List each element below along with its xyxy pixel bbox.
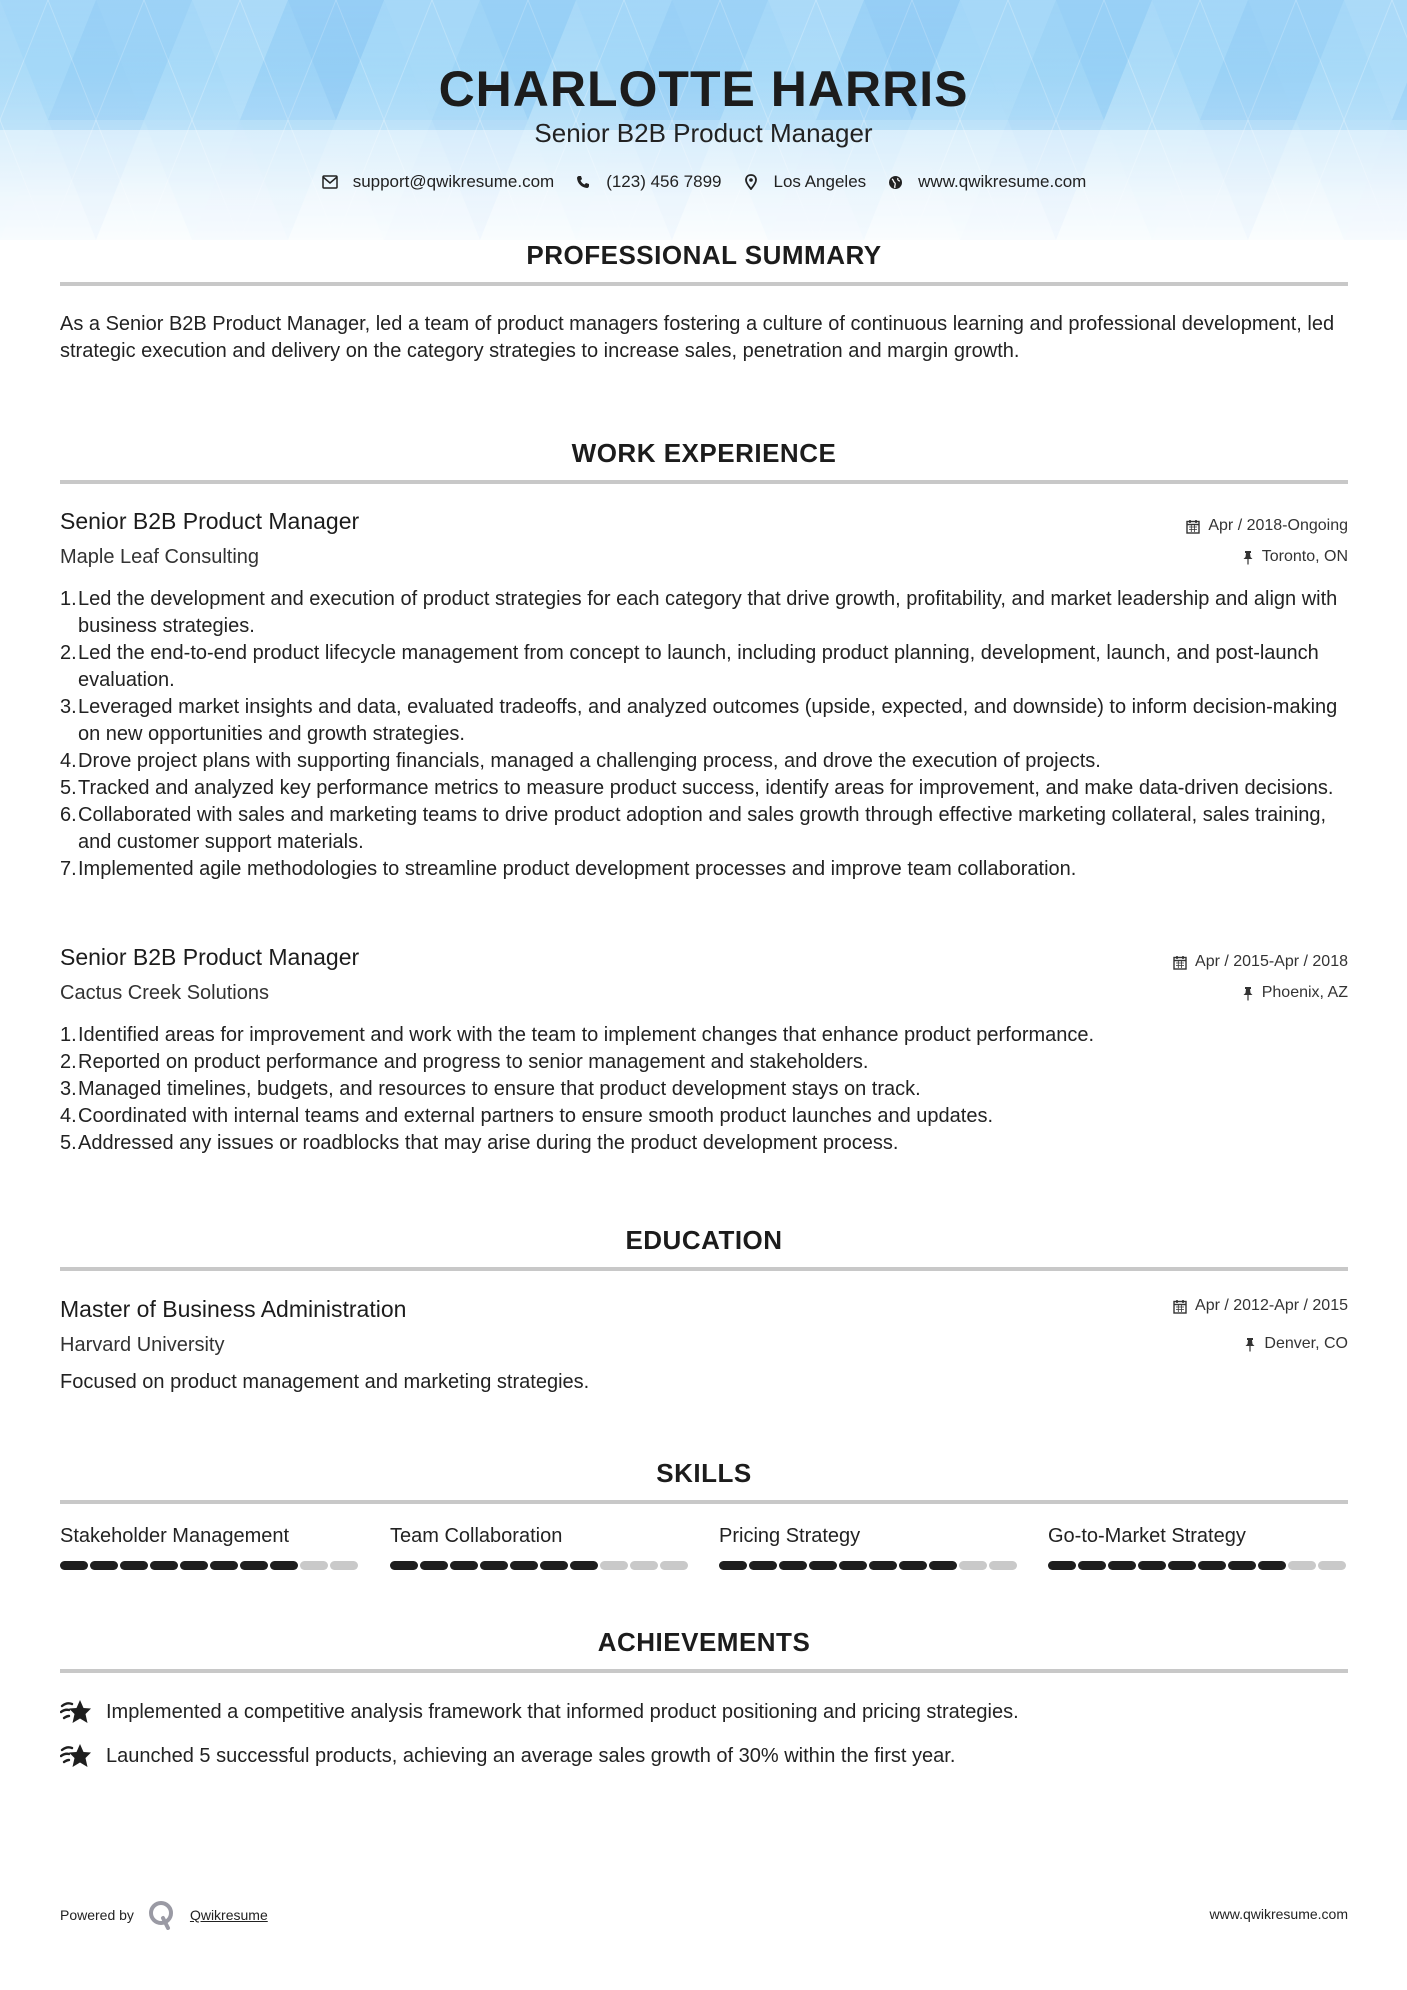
skill-level-bar xyxy=(60,1561,360,1570)
pushpin-icon xyxy=(1244,1337,1256,1352)
job-dates-text: Apr / 2015-Apr / 2018 xyxy=(1195,953,1348,971)
achievement-item: Implemented a competitive analysis frame… xyxy=(60,1697,1019,1727)
skill-name: Pricing Strategy xyxy=(719,1525,1019,1555)
resume-header: CHARLOTTE HARRIS Senior B2B Product Mana… xyxy=(0,0,1407,240)
skill-level-segment xyxy=(1198,1561,1226,1570)
skill-item: Pricing Strategy xyxy=(719,1525,1019,1570)
skill-level-segment xyxy=(450,1561,478,1570)
skill-level-segment xyxy=(779,1561,807,1570)
location-text: Los Angeles xyxy=(774,172,867,192)
phone-text: (123) 456 7899 xyxy=(606,172,721,192)
skill-level-segment xyxy=(300,1561,328,1570)
calendar-icon xyxy=(1173,1299,1187,1314)
skill-level-segment xyxy=(630,1561,658,1570)
job-dates: Apr / 2018-Ongoing xyxy=(1186,517,1348,535)
website-text: www.qwikresume.com xyxy=(918,172,1086,192)
section-divider xyxy=(60,282,1348,286)
contact-location: Los Angeles xyxy=(742,172,867,192)
section-heading-summary: PROFESSIONAL SUMMARY xyxy=(60,240,1348,271)
skill-level-segment xyxy=(1108,1561,1136,1570)
achievement-item: Launched 5 successful products, achievin… xyxy=(60,1741,955,1771)
bullet-item: 1.Led the development and execution of p… xyxy=(60,586,1350,640)
phone-icon xyxy=(574,173,592,191)
powered-by-label: Powered by xyxy=(60,1907,134,1923)
skill-level-segment xyxy=(1288,1561,1316,1570)
skill-item: Team Collaboration xyxy=(390,1525,690,1570)
qwikresume-logo-icon xyxy=(148,1900,176,1930)
job-location-text: Toronto, ON xyxy=(1262,548,1348,566)
skill-level-segment xyxy=(719,1561,747,1570)
skill-level-segment xyxy=(1258,1561,1286,1570)
section-heading-achievements: ACHIEVEMENTS xyxy=(60,1627,1348,1658)
footer-website[interactable]: www.qwikresume.com xyxy=(1210,1906,1348,1922)
skill-level-segment xyxy=(510,1561,538,1570)
contact-phone[interactable]: (123) 456 7899 xyxy=(574,172,721,192)
achievement-star-icon xyxy=(60,1697,92,1727)
skill-level-segment xyxy=(330,1561,358,1570)
calendar-icon xyxy=(1186,519,1200,534)
skill-level-segment xyxy=(869,1561,897,1570)
globe-icon xyxy=(886,173,904,191)
job-location: Toronto, ON xyxy=(1242,548,1348,566)
contact-bar: support@qwikresume.com (123) 456 7899 Lo… xyxy=(0,172,1407,192)
education-description: Focused on product management and market… xyxy=(60,1369,1350,1396)
skill-level-segment xyxy=(809,1561,837,1570)
skill-name: Team Collaboration xyxy=(390,1525,690,1555)
degree-title: Master of Business Administration xyxy=(60,1296,406,1323)
skill-level-segment xyxy=(749,1561,777,1570)
skill-level-segment xyxy=(480,1561,508,1570)
school-name: Harvard University xyxy=(60,1334,224,1357)
skill-level-segment xyxy=(959,1561,987,1570)
contact-email[interactable]: support@qwikresume.com xyxy=(321,172,555,192)
achievement-star-icon xyxy=(60,1741,92,1771)
skill-level-segment xyxy=(839,1561,867,1570)
contact-website[interactable]: www.qwikresume.com xyxy=(886,172,1086,192)
skill-item: Stakeholder Management xyxy=(60,1525,360,1570)
skill-level-segment xyxy=(1078,1561,1106,1570)
job-dates: Apr / 2015-Apr / 2018 xyxy=(1173,953,1348,971)
section-divider xyxy=(60,1500,1348,1504)
company-name: Maple Leaf Consulting xyxy=(60,546,259,569)
skill-level-segment xyxy=(60,1561,88,1570)
section-divider xyxy=(60,1267,1348,1271)
skill-level-segment xyxy=(600,1561,628,1570)
skill-name: Stakeholder Management xyxy=(60,1525,360,1555)
bullet-item: 6.Collaborated with sales and marketing … xyxy=(60,802,1350,856)
skill-level-segment xyxy=(90,1561,118,1570)
job-title: Senior B2B Product Manager xyxy=(60,944,359,971)
skill-level-segment xyxy=(1318,1561,1346,1570)
skill-level-segment xyxy=(270,1561,298,1570)
education-location: Denver, CO xyxy=(1244,1335,1348,1353)
section-heading-experience: WORK EXPERIENCE xyxy=(60,438,1348,469)
job-bullets: 1.Led the development and execution of p… xyxy=(60,586,1350,883)
skill-name: Go-to-Market Strategy xyxy=(1048,1525,1348,1555)
bullet-item: 2.Led the end-to-end product lifecycle m… xyxy=(60,640,1350,694)
candidate-title: Senior B2B Product Manager xyxy=(0,118,1407,149)
calendar-icon xyxy=(1173,955,1187,970)
pushpin-icon xyxy=(1242,550,1254,565)
bullet-item: 5.Addressed any issues or roadblocks tha… xyxy=(60,1130,1350,1157)
skill-level-segment xyxy=(989,1561,1017,1570)
map-marker-icon xyxy=(742,173,760,191)
job-title: Senior B2B Product Manager xyxy=(60,508,359,535)
bullet-item: 3.Managed timelines, budgets, and resour… xyxy=(60,1076,1350,1103)
achievement-text: Implemented a competitive analysis frame… xyxy=(106,1701,1019,1724)
education-location-text: Denver, CO xyxy=(1264,1335,1348,1353)
envelope-icon xyxy=(321,173,339,191)
skill-level-segment xyxy=(390,1561,418,1570)
bullet-item: 4.Coordinated with internal teams and ex… xyxy=(60,1103,1350,1130)
section-divider xyxy=(60,480,1348,484)
skill-level-bar xyxy=(390,1561,690,1570)
summary-text: As a Senior B2B Product Manager, led a t… xyxy=(60,311,1350,365)
bullet-item: 2.Reported on product performance and pr… xyxy=(60,1049,1350,1076)
skill-item: Go-to-Market Strategy xyxy=(1048,1525,1348,1570)
skill-level-bar xyxy=(1048,1561,1348,1570)
achievement-text: Launched 5 successful products, achievin… xyxy=(106,1745,955,1768)
job-dates-text: Apr / 2018-Ongoing xyxy=(1208,517,1348,535)
skill-level-segment xyxy=(420,1561,448,1570)
skill-level-segment xyxy=(150,1561,178,1570)
footer-powered-by: Powered by Qwikresume xyxy=(60,1900,268,1930)
qwikresume-link[interactable]: Qwikresume xyxy=(190,1907,268,1923)
skill-level-segment xyxy=(210,1561,238,1570)
skill-level-bar xyxy=(719,1561,1019,1570)
skill-level-segment xyxy=(899,1561,927,1570)
skill-level-segment xyxy=(660,1561,688,1570)
company-name: Cactus Creek Solutions xyxy=(60,982,269,1005)
skill-level-segment xyxy=(1168,1561,1196,1570)
bullet-item: 7.Implemented agile methodologies to str… xyxy=(60,856,1350,883)
education-dates: Apr / 2012-Apr / 2015 xyxy=(1173,1297,1348,1315)
candidate-name: CHARLOTTE HARRIS xyxy=(0,60,1407,118)
education-dates-text: Apr / 2012-Apr / 2015 xyxy=(1195,1297,1348,1315)
section-heading-education: EDUCATION xyxy=(60,1225,1348,1256)
skill-level-segment xyxy=(240,1561,268,1570)
pushpin-icon xyxy=(1242,986,1254,1001)
bullet-item: 3.Leveraged market insights and data, ev… xyxy=(60,694,1350,748)
email-text: support@qwikresume.com xyxy=(353,172,555,192)
skill-level-segment xyxy=(180,1561,208,1570)
job-bullets: 1.Identified areas for improvement and w… xyxy=(60,1022,1350,1157)
bullet-item: 1.Identified areas for improvement and w… xyxy=(60,1022,1350,1049)
section-heading-skills: SKILLS xyxy=(60,1458,1348,1489)
skill-level-segment xyxy=(540,1561,568,1570)
bullet-item: 5.Tracked and analyzed key performance m… xyxy=(60,775,1350,802)
skill-level-segment xyxy=(929,1561,957,1570)
section-divider xyxy=(60,1669,1348,1673)
skill-level-segment xyxy=(570,1561,598,1570)
skill-level-segment xyxy=(1228,1561,1256,1570)
job-location: Phoenix, AZ xyxy=(1242,984,1348,1002)
skill-level-segment xyxy=(1048,1561,1076,1570)
job-location-text: Phoenix, AZ xyxy=(1262,984,1348,1002)
skill-level-segment xyxy=(120,1561,148,1570)
bullet-item: 4.Drove project plans with supporting fi… xyxy=(60,748,1350,775)
skill-level-segment xyxy=(1138,1561,1166,1570)
